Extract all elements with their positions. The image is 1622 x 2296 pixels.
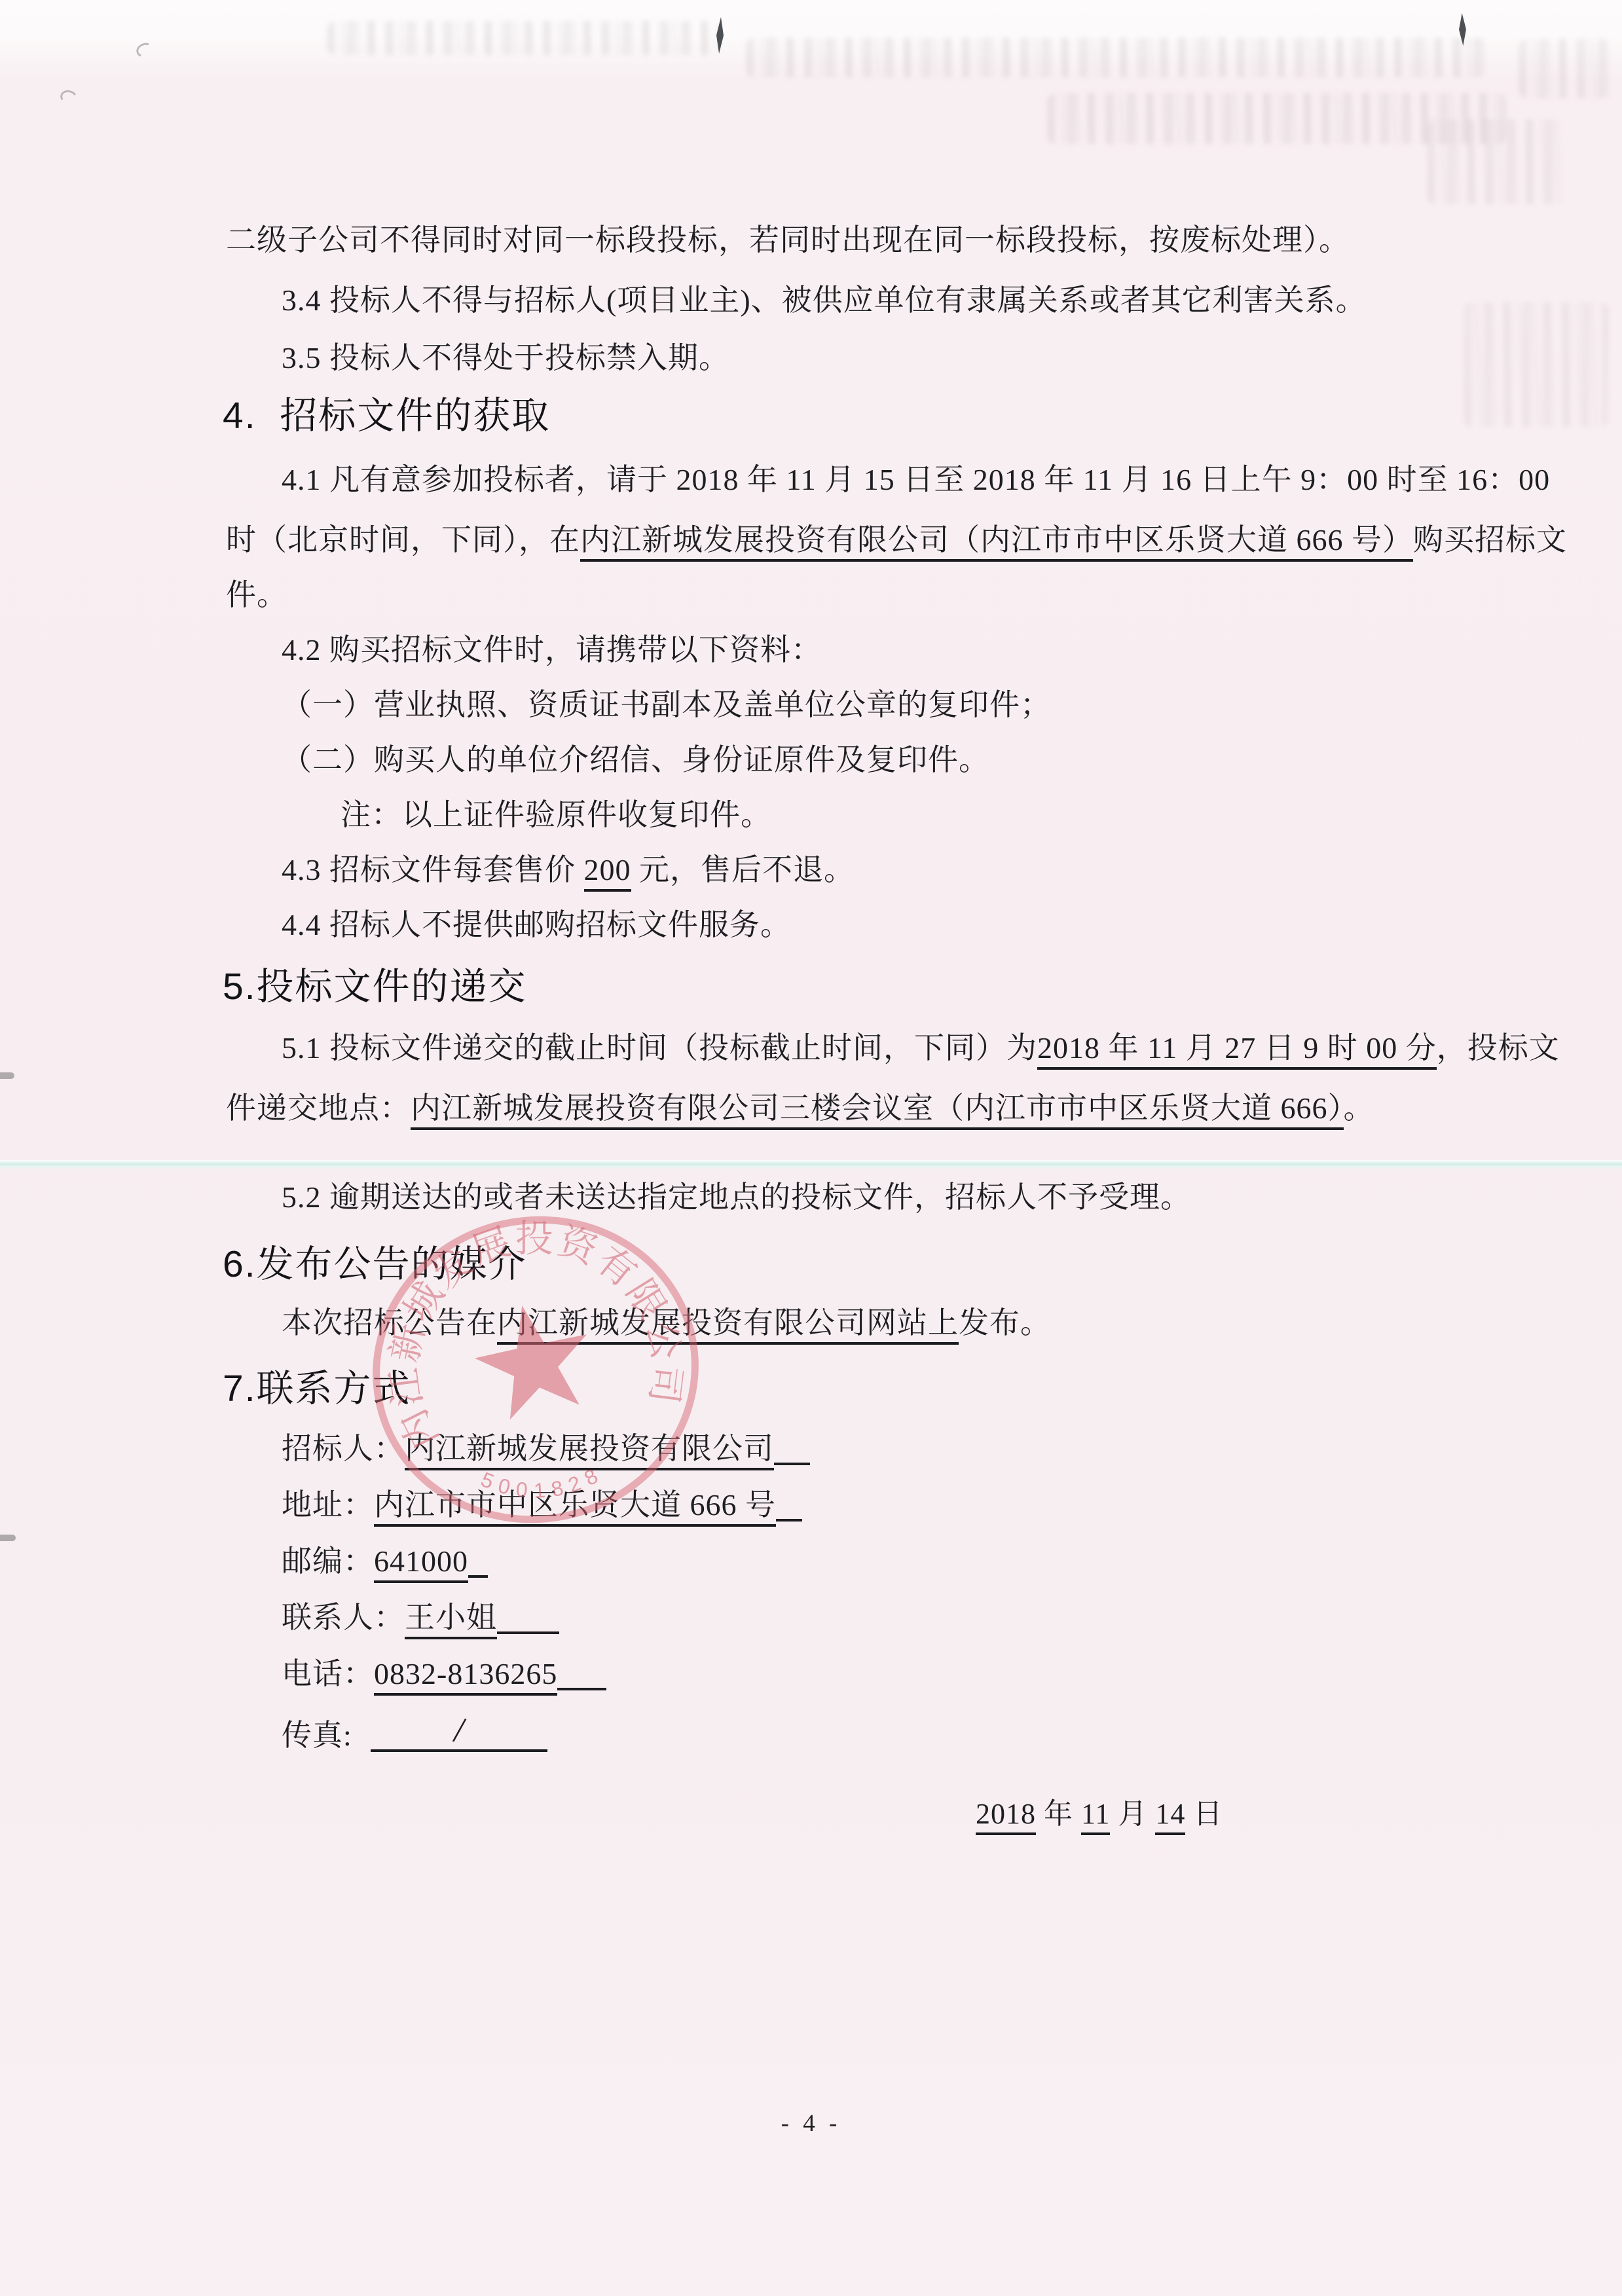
- paragraph-text: 元，售后不退。: [631, 853, 855, 886]
- paragraph-text: 。: [1344, 1091, 1374, 1125]
- edge-mark: [0, 1535, 16, 1541]
- showthrough-ghost-text: [327, 21, 720, 55]
- showthrough-ghost-text: [1519, 39, 1611, 98]
- date-year: 2018: [976, 1798, 1036, 1835]
- paragraph-4-4: 4.4 招标人不提供邮购招标文件服务。: [282, 905, 791, 945]
- page-number: - 4 -: [0, 2109, 1622, 2138]
- paragraph-text: 5.1 投标文件递交的截止时间（投标截止时间，下同）为: [282, 1031, 1037, 1065]
- paragraph-text: 件。: [226, 578, 287, 611]
- paragraph-4-3: 4.3 招标文件每套售价 200 元，售后不退。: [282, 850, 855, 890]
- paragraph-text: 3.5 投标人不得处于投标禁入期。: [282, 341, 729, 374]
- field-label: 联系人：: [282, 1601, 405, 1634]
- paragraph-3-5: 3.5 投标人不得处于投标禁入期。: [282, 338, 729, 378]
- paragraph-4-2: 4.2 购买招标文件时，请携带以下资料：: [282, 630, 822, 670]
- document-date: 2018 年 11 月 14 日: [976, 1794, 1223, 1834]
- field-label: 电话：: [282, 1657, 374, 1690]
- blank-underline: [776, 1485, 802, 1522]
- paragraph-text: 5.2 逾期送达的或者未送达指定地点的投标文件，招标人不予受理。: [282, 1180, 1191, 1214]
- paragraph-wrap-intro: 二级子公司不得同时对同一标段投标，若同时出现在同一标段投标，按废标处理）。: [226, 220, 1350, 261]
- blank-underline: [557, 1654, 606, 1690]
- paragraph-text: 4.2 购买招标文件时，请携带以下资料：: [282, 633, 822, 666]
- paragraph-4-1-line3: 件。: [226, 575, 287, 615]
- showthrough-ghost-text: [1428, 119, 1565, 204]
- paragraph-3-4: 3.4 投标人不得与招标人(项目业主)、被供应单位有隶属关系或者其它利害关系。: [282, 280, 1367, 321]
- underlined-text: 内江新城发展投资有限公司三楼会议室（内江市市中区乐贤大道 666）: [411, 1091, 1344, 1130]
- paragraph-note: 注：以上证件验原件收复印件。: [341, 795, 771, 835]
- section-4-heading: 4. 招标文件的获取: [223, 393, 550, 439]
- paragraph-text: 时（北京时间，下同），在: [226, 523, 580, 556]
- phone-value: 0832-8136265: [374, 1657, 557, 1696]
- heading-text: 5.投标文件的递交: [223, 966, 527, 1008]
- blank-underline: [497, 1597, 559, 1634]
- fax-value: /: [451, 1709, 468, 1751]
- contact-fax-row: 传真:/: [282, 1713, 547, 1756]
- underlined-text: 200: [584, 853, 631, 892]
- star-icon: [466, 1294, 601, 1424]
- seal-code-text: 5001828: [473, 1443, 610, 1516]
- showthrough-ghost-text: [1464, 302, 1608, 427]
- contact-person-row: 联系人：王小姐: [282, 1597, 559, 1638]
- paragraph-4-1-line2: 时（北京时间，下同），在内江新城发展投资有限公司（内江市市中区乐贤大道 666 …: [226, 520, 1567, 560]
- contact-phone-row: 电话：0832-8136265: [282, 1654, 606, 1694]
- page-number-text: - 4 -: [781, 2110, 841, 2137]
- section-5-heading: 5.投标文件的递交: [223, 964, 527, 1010]
- paragraph-5-2: 5.2 逾期送达的或者未送达指定地点的投标文件，招标人不予受理。: [282, 1177, 1191, 1218]
- scanner-artifact-line: [0, 1160, 1622, 1169]
- date-text: 年: [1036, 1798, 1081, 1830]
- date-text: 日: [1185, 1798, 1223, 1830]
- paragraph-4-2-item2: （二）购买人的单位介绍信、身份证原件及复印件。: [282, 740, 989, 780]
- paragraph-text: 4.4 招标人不提供邮购招标文件服务。: [282, 908, 791, 941]
- edge-mark: [0, 1072, 14, 1079]
- scanned-document-page: 二级子公司不得同时对同一标段投标，若同时出现在同一标段投标，按废标处理）。 3.…: [0, 0, 1622, 2296]
- field-label: 地址：: [282, 1488, 374, 1522]
- paragraph-text: 发布。: [959, 1306, 1051, 1339]
- paragraph-text: 购买招标文: [1413, 523, 1567, 556]
- paragraph-text: 4.1 凡有意参加投标者，请于 2018 年 11 月 15 日至 2018 年…: [282, 463, 1550, 496]
- field-label: 邮编：: [282, 1544, 374, 1578]
- paragraph-text: 3.4 投标人不得与招标人(项目业主)、被供应单位有隶属关系或者其它利害关系。: [282, 283, 1367, 317]
- paragraph-4-2-item1: （一）营业执照、资质证书副本及盖单位公章的复印件；: [282, 685, 1051, 725]
- paragraph-text: 件递交地点：: [226, 1091, 411, 1125]
- date-text: 月: [1110, 1798, 1155, 1830]
- underlined-text: 内江新城发展投资有限公司（内江市市中区乐贤大道 666 号）: [580, 523, 1413, 562]
- date-month: 11: [1081, 1798, 1110, 1835]
- underlined-text: 2018 年 11 月 27 日 9 时 00 分: [1037, 1031, 1437, 1070]
- date-day: 14: [1155, 1798, 1185, 1835]
- pen-mark: [134, 41, 155, 60]
- showthrough-ghost-text: [746, 38, 1486, 77]
- paragraph-text: 4.3 招标文件每套售价: [282, 853, 584, 886]
- paragraph-text: 二级子公司不得同时对同一标段投标，若同时出现在同一标段投标，按废标处理）。: [226, 223, 1350, 257]
- blank-underline: /: [371, 1713, 547, 1752]
- paragraph-5-1-line1: 5.1 投标文件递交的截止时间（投标截止时间，下同）为2018 年 11 月 2…: [282, 1028, 1560, 1068]
- field-label: 传真:: [282, 1719, 352, 1752]
- pen-mark: [59, 88, 79, 106]
- paragraph-text: 注：以上证件验原件收复印件。: [341, 798, 771, 831]
- contact-person-value: 王小姐: [405, 1601, 497, 1639]
- paragraph-text: ，投标文: [1437, 1031, 1560, 1065]
- heading-text: 4. 招标文件的获取: [223, 395, 550, 437]
- paragraph-4-1-line1: 4.1 凡有意参加投标者，请于 2018 年 11 月 15 日至 2018 年…: [282, 460, 1550, 500]
- blank-underline: [774, 1429, 810, 1465]
- paragraph-5-1-line2: 件递交地点：内江新城发展投资有限公司三楼会议室（内江市市中区乐贤大道 666）。: [226, 1088, 1374, 1129]
- paragraph-text: （二）购买人的单位介绍信、身份证原件及复印件。: [282, 743, 989, 776]
- paragraph-text: （一）营业执照、资质证书副本及盖单位公章的复印件；: [282, 688, 1051, 721]
